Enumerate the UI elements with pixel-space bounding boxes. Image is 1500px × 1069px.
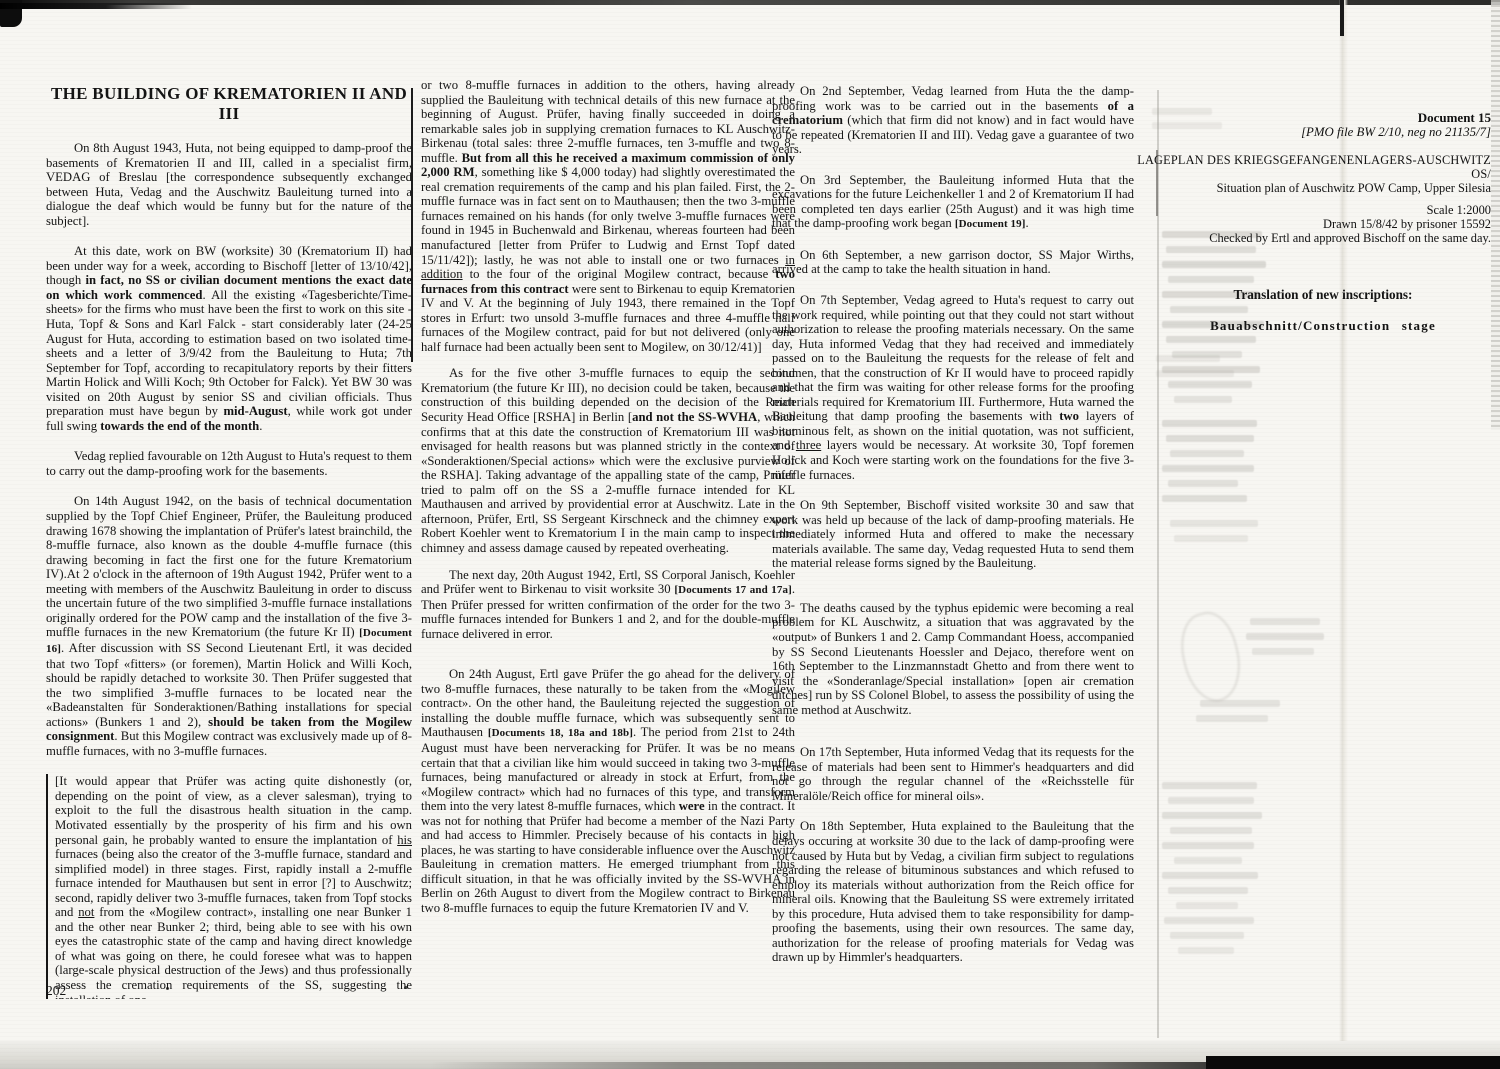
text-run: , which confirms that at this date the c… (421, 410, 795, 555)
bleed-through-line (1168, 480, 1238, 487)
bleed-through-line (1174, 857, 1242, 864)
bleed-through-line (1162, 782, 1257, 789)
scan-bottom-black-bar (1206, 1056, 1500, 1069)
body-paragraph: On 9th September, Bischoff visited works… (772, 498, 1134, 571)
document-caption-english: Situation plan of Auschwitz POW Camp, Up… (1120, 182, 1491, 196)
document-drawn-by: Drawn 15/8/42 by prisoner 15592 (1120, 218, 1491, 232)
text-run: . (259, 419, 262, 433)
translation-block: Translation of new inscriptions: Bauabsc… (1150, 287, 1496, 334)
bleed-through-line (1178, 947, 1234, 954)
text-run: two (1059, 409, 1079, 423)
text-run: three (796, 438, 821, 452)
bleed-through-line (1176, 902, 1238, 909)
text-run: [It would appear that Prüfer was acting … (55, 774, 412, 846)
bleed-through-line (1250, 618, 1320, 625)
text-run: On 18th September, Huta explained to the… (772, 819, 1134, 964)
bleed-through-line (1162, 812, 1262, 819)
bleed-through-scribble (1173, 607, 1249, 708)
body-paragraph: On 6th September, a new garrison doctor,… (772, 248, 1134, 277)
bleed-through-line (1162, 872, 1258, 879)
text-run: On 8th August 1943, Huta, not being equi… (46, 141, 412, 228)
document-file-reference: [PMO file BW 2/10, neg no 21135/7] (1120, 125, 1491, 139)
translation-heading: Translation of new inscriptions: (1150, 287, 1496, 302)
text-run: On 7th September, Vedag agreed to Huta's… (772, 293, 1134, 423)
body-paragraph: On 24th August, Ertl gave Prüfer the go … (421, 667, 795, 915)
text-run: On 17th September, Huta informed Vedag t… (772, 745, 1134, 803)
margin-document-note: Document 15 [PMO file BW 2/10, neg no 21… (1120, 110, 1491, 245)
text-run: The deaths caused by the typhus epidemic… (772, 601, 1134, 717)
bleed-through-line (1166, 336, 1256, 343)
bleed-through-line (1162, 261, 1266, 268)
text-run: his (397, 833, 412, 847)
text-run: were (679, 799, 705, 813)
body-paragraph: As for the five other 3-muffle furnaces … (421, 366, 795, 555)
bleed-through-line (1166, 435, 1254, 442)
bleed-through-line (1168, 276, 1254, 283)
bleed-through-line (1170, 520, 1258, 527)
bleed-through-line (1170, 827, 1252, 834)
page-number: 202 (46, 983, 66, 999)
bleed-through-line (1170, 932, 1244, 939)
document-label: Document 15 (1120, 110, 1491, 125)
bleed-through-line (1162, 465, 1254, 472)
document-caption-german: LAGEPLAN DES KRIEGSGEFANGENENLAGERS-AUSC… (1120, 154, 1491, 182)
text-run: , something like $ 4,000 today) had slig… (421, 165, 795, 266)
text-column-1: THE BUILDING OF KREMATORIEN II AND III O… (46, 84, 412, 999)
text-run: [Documents 18, 18a and 18b] (488, 727, 633, 739)
text-run: and not the SS-WVHA (632, 410, 757, 424)
text-column-3: On 2nd September, Vedag learned from Hut… (772, 84, 1134, 984)
text-run: On 14th August 1942, on the basis of tec… (46, 494, 412, 639)
text-run: Vedag replied favourable on 12th August … (46, 449, 412, 478)
text-column-2: or two 8-muffle furnaces in addition to … (421, 78, 795, 990)
bleed-through-line (1246, 633, 1324, 640)
bleed-through-line (1196, 715, 1268, 722)
bleed-through-line (1164, 917, 1254, 924)
body-paragraph: The deaths caused by the typhus epidemic… (772, 601, 1134, 717)
block-quote-paragraph: [It would appear that Prüfer was acting … (46, 774, 412, 999)
body-paragraph: At this date, work on BW (worksite) 30 (… (46, 244, 412, 433)
body-paragraph: The next day, 20th August 1942, Ertl, SS… (421, 568, 795, 642)
bleed-through-line (1174, 535, 1248, 542)
text-run: . (1026, 216, 1029, 230)
scan-right-edge-texture (1491, 0, 1500, 430)
body-paragraph: Vedag replied favourable on 12th August … (46, 449, 412, 478)
scan-top-edge (0, 0, 1500, 5)
bleed-through-line (1166, 246, 1256, 253)
scan-bottom-shadow (430, 1062, 1210, 1069)
bleed-through-line (1168, 887, 1248, 894)
document-checked-by: Checked by Ertl and approved Bischoff on… (1120, 232, 1491, 246)
text-run: not (78, 905, 94, 919)
section-title: THE BUILDING OF KREMATORIEN II AND III (46, 84, 412, 124)
bleed-through-line (1168, 381, 1252, 388)
bleed-through-line (1252, 648, 1314, 655)
text-run: [Document 19] (955, 218, 1026, 230)
text-run: from the «Mogilew contract», installing … (55, 905, 412, 999)
body-paragraph: On 17th September, Huta informed Vedag t… (772, 745, 1134, 803)
text-run: . All the existing «Tagesberichte/Time-s… (46, 288, 412, 418)
text-run: mid-August (223, 404, 287, 418)
text-run: to the four of the original Mogilew cont… (463, 267, 776, 281)
bleed-through-line (1162, 495, 1247, 502)
bleed-through-line (1156, 370, 1234, 377)
text-run: towards the end of the month (100, 419, 259, 433)
body-paragraph: On 2nd September, Vedag learned from Hut… (772, 84, 1134, 157)
page-crease-mark (1340, 0, 1344, 36)
bleed-through-line (1156, 355, 1220, 362)
text-run: layers would be necessary. At worksite 3… (772, 438, 1134, 481)
bleed-through-line (1174, 396, 1232, 403)
body-paragraph: On 8th August 1943, Huta, not being equi… (46, 141, 412, 228)
body-paragraph: On 14th August 1942, on the basis of tec… (46, 494, 412, 758)
bleed-through-line (1170, 450, 1244, 457)
bleed-through-line (1168, 797, 1254, 804)
body-paragraph: On 3rd September, the Bauleitung informe… (772, 173, 1134, 232)
translation-item: Bauabschnitt/Construction stage (1150, 318, 1496, 334)
text-run: On 6th September, a new garrison doctor,… (772, 248, 1134, 277)
bleed-through-line (1162, 420, 1257, 427)
text-run: On 3rd September, the Bauleitung informe… (772, 173, 1134, 231)
bleed-through-line (1162, 842, 1254, 849)
text-run: On 9th September, Bischoff visited works… (772, 498, 1134, 570)
scan-top-streak (0, 3, 192, 9)
text-run: in the contract. It was not for nothing … (421, 799, 795, 915)
text-run: On 2nd September, Vedag learned from Hut… (772, 84, 1134, 113)
bleed-through-line (1200, 700, 1280, 707)
body-paragraph: or two 8-muffle furnaces in addition to … (421, 78, 795, 354)
body-paragraph: On 7th September, Vedag agreed to Huta's… (772, 293, 1134, 482)
document-scale: Scale 1:2000 (1120, 204, 1491, 218)
body-paragraph: On 18th September, Huta explained to the… (772, 819, 1134, 964)
